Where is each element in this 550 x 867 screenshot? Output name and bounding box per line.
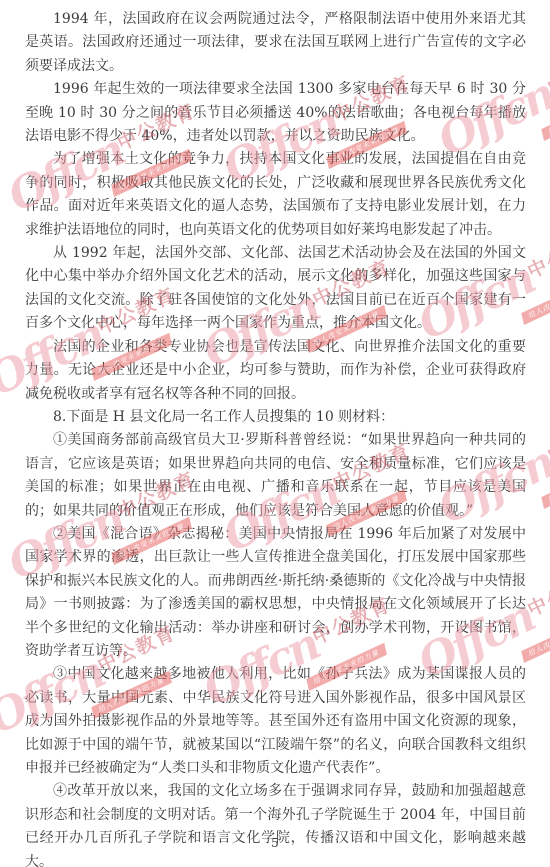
paragraph-material-2: ②美国《混合语》杂志揭秘：美国中央情报局在 1996 年后加紧了对发展中国家学术… [25, 523, 526, 663]
paragraph-material-1: ①美国商务部前高级官员大卫·罗斯科普曾经说：“如果世界趋向一种共同的语言，它应该… [25, 429, 526, 523]
page-number: 5 [0, 836, 550, 850]
offcn-brand-text: 中公教育 [524, 228, 550, 283]
paragraph-france-law-1994: 1994 年，法国政府在议会两院通过法令，严格限制法语中使用外来语尤其是英语。法… [25, 8, 526, 78]
offcn-brand-text: 中公教育 [544, 412, 550, 467]
paragraph-question-8-intro: 8.下面是 H 县文化局一名工作人员搜集的 10 则材料： [25, 406, 526, 429]
paragraph-material-4: ④改革开放以来，我国的文化立场多在于强调求同存异，鼓励和加强超越意识形态和社会制… [25, 780, 526, 867]
document-page: 1994 年，法国政府在议会两院通过法令，严格限制法语中使用外来语尤其是英语。法… [0, 0, 550, 867]
document-content: 1994 年，法国政府在议会两院通过法令，严格限制法语中使用外来语尤其是英语。法… [25, 8, 526, 867]
paragraph-france-enterprises: 法国的企业和各类专业协会也是宣传法国文化、向世界推介法国文化的重要力量。无论大企… [25, 336, 526, 406]
paragraph-material-3: ③中国文化越来越多地被他人利用，比如《孙子兵法》成为某国谍报人员的必读书，大量中… [25, 663, 526, 780]
paragraph-france-law-1996: 1996 年起生效的一项法律要求全法国 1300 多家电台在每天早 6 时 30… [25, 78, 526, 148]
offcn-brand-text: 中公教育 [544, 44, 550, 99]
offcn-tagline-ribbon: 给人改变未来的力量 [541, 93, 550, 141]
paragraph-france-culture-centers: 从 1992 年起，法国外交部、文化部、法国艺术活动协会及在法国的外国文化中心集… [25, 242, 526, 336]
offcn-tagline-ribbon: 给人改变未来的力量 [541, 461, 550, 509]
paragraph-france-competitiveness: 为了增强本土文化的竞争力，扶持本国文化事业的发展，法国提倡在自由竞争的同时，积极… [25, 148, 526, 242]
offcn-brand-text: 中公教育 [524, 566, 550, 621]
